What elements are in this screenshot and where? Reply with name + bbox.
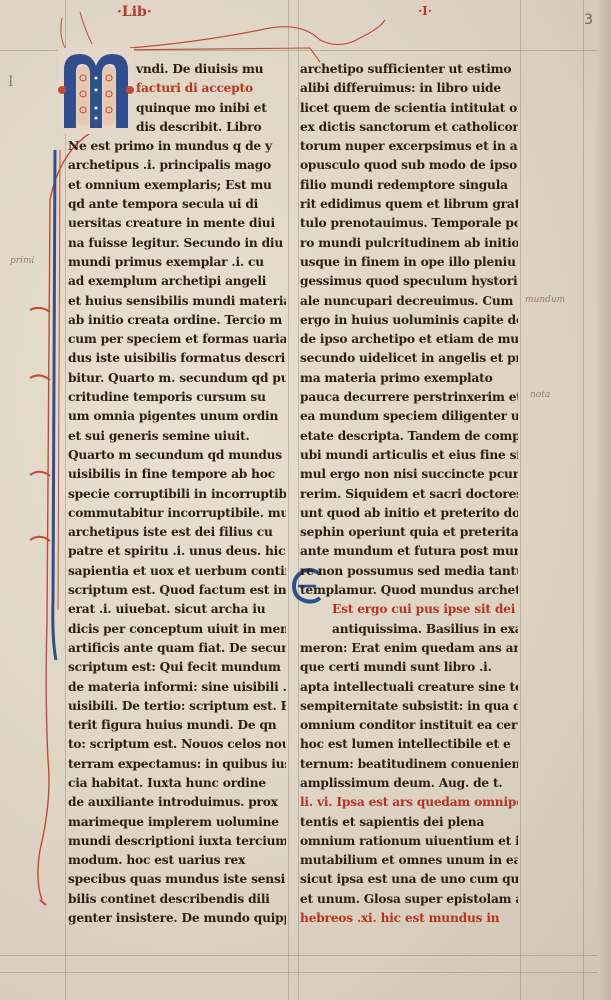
- text-line: uersitas creature in mente diui: [68, 214, 286, 233]
- text-line: tentis et sapientis dei plena: [300, 813, 518, 832]
- text-line: re non possumus sed media tantum co: [300, 562, 518, 581]
- margin-note-left: primi: [10, 256, 34, 266]
- ruling-line-right-2: [583, 0, 584, 1000]
- text-line: omnium conditor instituit ea certi.: [300, 716, 518, 735]
- text-column-right: archetipo sufficienter ut estimo alibi d…: [300, 60, 518, 928]
- text-line: artificis ante quam fiat. De secundo:: [68, 639, 286, 658]
- text-line: opusculo quod sub modo de ipso dei: [300, 156, 518, 175]
- text-line: ternum: beatitudinem conueniens omni: [300, 755, 518, 774]
- text-line: genter insistere. De mundo quippe: [68, 909, 286, 928]
- text-line: ale nuncupari decreuimus. Cum: [300, 292, 518, 311]
- text-line: meron: Erat enim quedam ans ameron: [300, 639, 518, 658]
- text-line: uisibilis in fine tempore ab hoc: [68, 465, 286, 484]
- text-line: usque in finem in ope illo pleniu di: [300, 253, 518, 272]
- running-head-left: ·Lib·: [117, 4, 152, 20]
- text-line: to: scriptum est. Nouos celos noua: [68, 735, 286, 754]
- text-line: commutabitur incorruptibile. mundus: [68, 504, 286, 523]
- text-line: ex dictis sanctorum et catholicorum doc: [300, 118, 518, 137]
- text-line: et huius sensibilis mundi materia: [68, 292, 286, 311]
- rubric-line: li. vi. Ipsa est ars quedam omnipo: [300, 793, 518, 812]
- text-line: mundi primus exemplar .i. cu: [68, 253, 286, 272]
- text-line: pauca decurrere perstrinxerim et post: [300, 388, 518, 407]
- text-line: torum nuper excerpsimus et in alio quam: [300, 137, 518, 156]
- ruling-line-right-1: [520, 0, 521, 1000]
- ruling-line-gutter-2: [298, 0, 299, 1000]
- ruling-line-left: [65, 0, 66, 1000]
- text-line: amplissimum deum. Aug. de t.: [300, 774, 518, 793]
- text-line: omnium rationum uiuentium et inco: [300, 832, 518, 851]
- text-line: gessimus quod speculum hystori: [300, 272, 518, 291]
- folio-number: 3: [584, 12, 593, 28]
- text-line: specibus quas mundus iste sensi: [68, 870, 286, 889]
- text-line: archetipus .i. principalis mago: [68, 156, 286, 175]
- text-line: quinque mo inibi et: [68, 99, 286, 118]
- page-edge: [597, 0, 611, 1000]
- text-line: etate descripta. Tandem de compu: [300, 427, 518, 446]
- text-line: mutabilium et omnes unum in ea sunt: [300, 851, 518, 870]
- text-line: sempiternitate subsistit: in qua deus: [300, 697, 518, 716]
- text-line: ubi mundi articulis et eius fine si: [300, 446, 518, 465]
- text-line: mundi descriptioni iuxta tercium: [68, 832, 286, 851]
- text-line: na fuisse legitur. Secundo in diu: [68, 234, 286, 253]
- text-line: Quarto m secundum qd mundus iste: [68, 446, 286, 465]
- text-line: secundo uidelicet in angelis et pri: [300, 349, 518, 368]
- text-line: qd ante tempora secula ui di: [68, 195, 286, 214]
- text-line: filio mundi redemptore singula: [300, 176, 518, 195]
- text-line: archetipus iste est dei filius cu: [68, 523, 286, 542]
- text-line: templamur. Quod mundus archetip: [300, 581, 518, 600]
- text-line: apta intellectuali creature sine tempore: [300, 678, 518, 697]
- text-line: rit edidimus quem et librum gratiae ti: [300, 195, 518, 214]
- text-line: uisibili. De tertio: scriptum est. Pre: [68, 697, 286, 716]
- text-line: de ipso archetipo et etiam de mundo: [300, 330, 518, 349]
- text-line: ea mundum speciem diligenter uari: [300, 407, 518, 426]
- text-column-left: vndi. De diuisis mu facturi di accepto q…: [68, 60, 286, 928]
- text-line: scriptum est: Qui fecit mundum: [68, 658, 286, 677]
- text-line: bilis continet describendis dili: [68, 890, 286, 909]
- manuscript-page: 3 ·Lib· ·I· I primi mundum nota: [0, 0, 611, 1000]
- ruling-line-gutter-1: [288, 0, 289, 1000]
- text-line: cum per speciem et formas uarias mu: [68, 330, 286, 349]
- rubric-line: facturi di accepto: [68, 79, 286, 98]
- text-line: cia habitat. Iuxta hunc ordine: [68, 774, 286, 793]
- rubric-line: Est ergo cui pus ipse sit dei filius: [300, 600, 518, 619]
- text-line: licet quem de scientia intitulat oiter: [300, 99, 518, 118]
- text-line: vndi. De diuisis mu: [68, 60, 286, 79]
- text-line: bitur. Quarto m. secundum qd pul: [68, 369, 286, 388]
- text-line: hoc est lumen intellectibile et e: [300, 735, 518, 754]
- text-line: et unum. Glosa super epistolam ad: [300, 890, 518, 909]
- text-line: Ne est primo in mundus q de y: [68, 137, 286, 156]
- text-line: ab initio creata ordine. Tercio m: [68, 311, 286, 330]
- text-line: terit figura huius mundi. De qn: [68, 716, 286, 735]
- text-line: dus iste uisibilis formatus descri: [68, 349, 286, 368]
- margin-note-right-2: nota: [530, 390, 550, 400]
- text-line: que certi mundi sunt libro .i.: [300, 658, 518, 677]
- text-line: mul ergo non nisi succincte pcur: [300, 465, 518, 484]
- text-line: alibi differuimus: in libro uide: [300, 79, 518, 98]
- text-line: dis describit. Libro: [68, 118, 286, 137]
- text-line: specie corruptibili in incorruptibile: [68, 485, 286, 504]
- margin-note-roman: I: [8, 74, 14, 90]
- text-line: et omnium exemplaris; Est mu: [68, 176, 286, 195]
- text-line: de auxiliante introduimus. prox: [68, 793, 286, 812]
- text-line: ro mundi pulcritudinem ab initio: [300, 234, 518, 253]
- text-line: patre et spiritu .i. unus deus. hic est …: [68, 542, 286, 561]
- text-line: critudine temporis cursum su: [68, 388, 286, 407]
- text-line: ergo in huius uoluminis capite deo: [300, 311, 518, 330]
- margin-note-right-1: mundum: [525, 295, 565, 305]
- text-line: ma materia primo exemplato: [300, 369, 518, 388]
- rubric-line: hebreos .xi. hic est mundus in: [300, 909, 518, 928]
- text-line: erat .i. uiuebat. sicut archa iu: [68, 600, 286, 619]
- text-line: marimeque implerem uolumine: [68, 813, 286, 832]
- text-line: um omnia pigentes unum ordin: [68, 407, 286, 426]
- text-line: dicis per conceptum uiuit in mente: [68, 620, 286, 639]
- text-line: rerim. Siquidem et sacri doctores ai: [300, 485, 518, 504]
- text-line: terram expectamus: in quibus iusti: [68, 755, 286, 774]
- text-line: unt quod ab initio et preterito dominus …: [300, 504, 518, 523]
- text-line: archetipo sufficienter ut estimo: [300, 60, 518, 79]
- text-line: sicut ipsa est una de uno cum quo: [300, 870, 518, 889]
- text-line: tulo prenotauimus. Temporale por: [300, 214, 518, 233]
- running-head-right: ·I·: [418, 4, 432, 18]
- text-line: ad exemplum archetipi angeli: [68, 272, 286, 291]
- text-line: modum. hoc est uarius rex: [68, 851, 286, 870]
- text-line: sephin operiunt quia et preterita: [300, 523, 518, 542]
- text-line: antiquissima. Basilius in exa: [300, 620, 518, 639]
- text-line: de materia informi: sine uisibili .i. in: [68, 678, 286, 697]
- text-line: sapientia et uox et uerbum continens de …: [68, 562, 286, 581]
- text-line: scriptum est. Quod factum est in ipso ui…: [68, 581, 286, 600]
- text-line: et sui generis semine uiuit.: [68, 427, 286, 446]
- text-line: ante mundum et futura post mundum sci: [300, 542, 518, 561]
